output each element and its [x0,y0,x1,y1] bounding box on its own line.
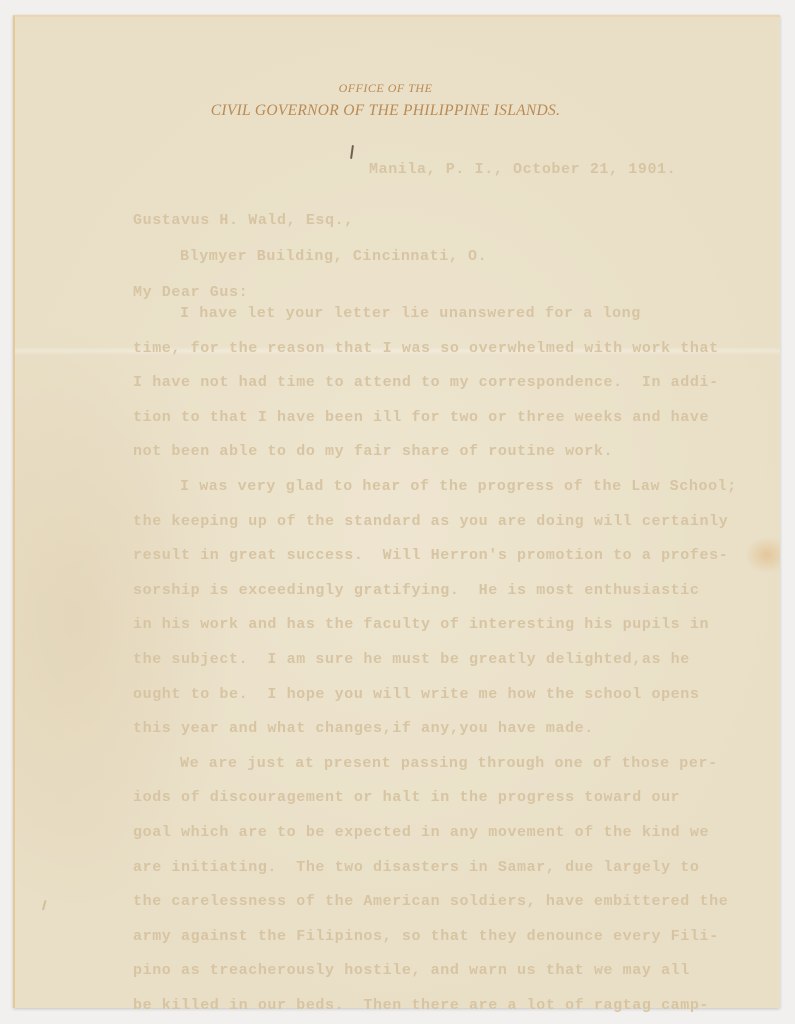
letter-page: OFFICE OF THE CIVIL GOVERNOR OF THE PHIL… [13,15,780,1008]
letterhead-title: CIVIL GOVERNOR OF THE PHILIPPINE ISLANDS… [3,102,768,120]
body-line: goal which are to be expected in any mov… [133,825,709,840]
body-line: ought to be. I hope you will write me ho… [133,687,700,702]
body-line: the keeping up of the standard as you ar… [133,514,728,529]
body-line: tion to that I have been ill for two or … [133,410,709,425]
body-line: the carelessness of the American soldier… [133,894,728,909]
body-line: We are just at present passing through o… [180,756,718,771]
body-line: are initiating. The two disasters in Sam… [133,860,700,875]
body-line: pino as treacherously hostile, and warn … [133,963,690,978]
body-line: sorship is exceedingly gratifying. He is… [133,583,700,598]
body-line: this year and what changes,if any,you ha… [133,721,594,736]
recipient-address: Blymyer Building, Cincinnati, O. [180,249,487,264]
dateline: Manila, P. I., October 21, 1901. [369,162,676,177]
body-line: result in great success. Will Herron's p… [133,548,728,563]
body-line: I have let your letter lie unanswered fo… [180,306,641,321]
letterhead-office: OFFICE OF THE [3,81,768,96]
body-line: army against the Filipinos, so that they… [133,929,719,944]
body-line: the subject. I am sure he must be greatl… [133,652,690,667]
salutation: My Dear Gus: [133,285,248,300]
recipient-name: Gustavus H. Wald, Esq., [133,213,354,228]
body-line: I was very glad to hear of the progress … [180,479,737,494]
body-line: iods of discouragement or halt in the pr… [133,790,680,805]
body-line: in his work and has the faculty of inter… [133,617,709,632]
body-line: be killed in our beds. Then there are a … [133,998,709,1013]
pen-mark [350,145,354,159]
body-line: time, for the reason that I was so overw… [133,341,719,356]
edge-stain [42,900,60,914]
body-line: I have not had time to attend to my corr… [133,375,719,390]
body-line: not been able to do my fair share of rou… [133,444,613,459]
